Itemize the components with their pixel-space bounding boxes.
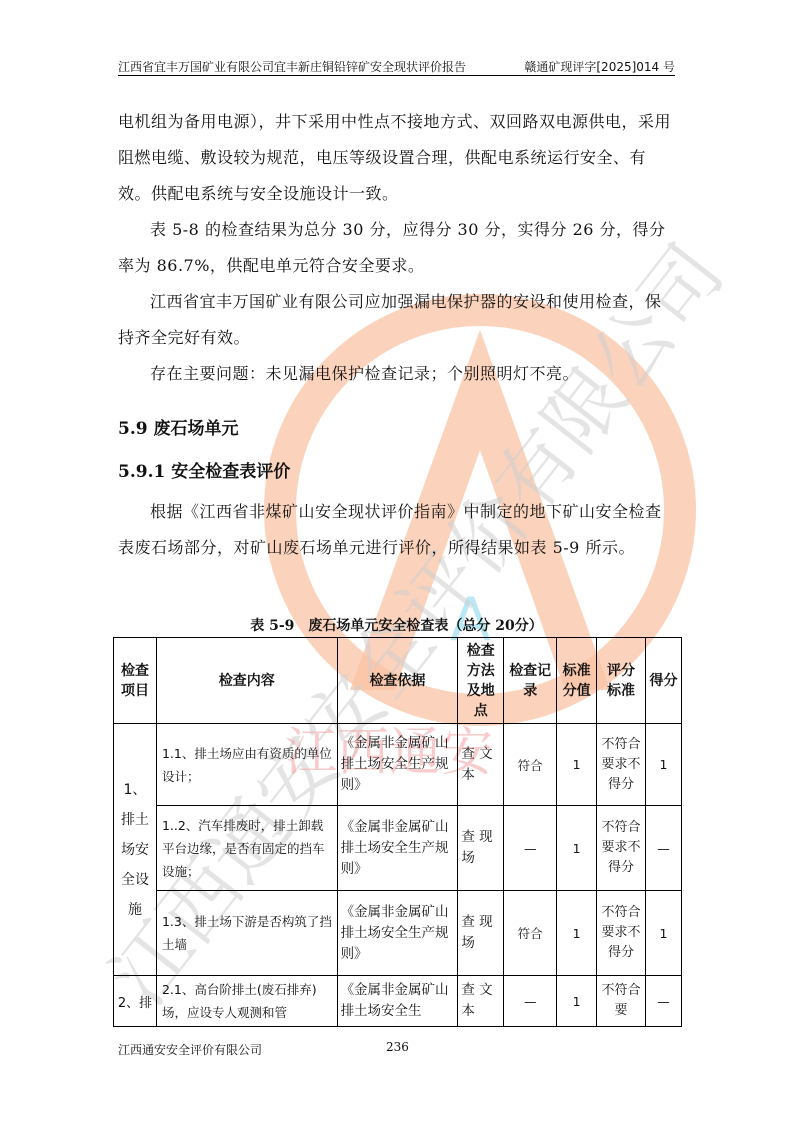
cell-criteria: 不符合要求不得分 [597,891,646,976]
paragraph-recommendation: 江西省宜丰万国矿业有限公司应加强漏电保护器的安设和使用检查，保持齐全完好有效。 [118,284,674,356]
report-title: 江西省宜丰万国矿业有限公司宜丰新庄铜铅锌矿安全现状评价报告 [118,58,466,75]
cell-criteria: 不符合要求不得分 [597,724,646,806]
cell-content: 1.1、排土场应由有资质的单位设计； [156,724,337,806]
section-intro: 根据《江西省非煤矿山安全现状评价指南》中制定的地下矿山安全检查表废石场部分，对矿… [118,494,674,566]
table-row: 1.3、排土场下游是否构筑了挡土墙 《金属非金属矿山排土场安全生产规则》 查 现… [114,891,682,976]
header-criteria: 评分标准 [597,638,646,724]
group-item-1: 1、排土场安全设施 [114,724,157,976]
table-row: 1..2、汽车排废时，排土卸载平台边缘，是否有固定的挡车设施； 《金属非金属矿山… [114,806,682,891]
cell-record: — [504,806,557,891]
subsection-heading: 5.9.1 安全检查表评价 [118,457,290,482]
cell-method: 查 现场 [458,806,504,891]
document-number: 赣通矿现评字[2025]014 号 [524,58,675,75]
body-paragraphs: 电机组为备用电源），井下采用中性点不接地方式、双回路双电源供电，采用阻燃电缆、敷… [118,104,674,392]
header-basis: 检查依据 [337,638,458,724]
cell-record: 符合 [504,724,557,806]
cell-basis: 《金属非金属矿山排土场安全生产规则》 [337,806,458,891]
cell-basis: 《金属非金属矿山排土场安全生产规则》 [337,724,458,806]
header-method: 检查方法及地点 [458,638,504,724]
header-content: 检查内容 [156,638,337,724]
cell-content: 2.1、高台阶排土(废石排弃)场，应设专人观测和管 [156,976,337,1027]
header-standard-score: 标准分值 [557,638,597,724]
cell-score: — [645,806,681,891]
cell-score: 1 [645,724,681,806]
cell-record: 符合 [504,891,557,976]
cell-basis: 《金属非金属矿山排土场安全生 [337,976,458,1027]
header-item: 检查项目 [114,638,157,724]
paragraph-intro: 根据《江西省非煤矿山安全现状评价指南》中制定的地下矿山安全检查表废石场部分，对矿… [118,494,674,566]
cell-basis: 《金属非金属矿山排土场安全生产规则》 [337,891,458,976]
cell-standard: 1 [557,806,597,891]
cell-score: 1 [645,891,681,976]
cell-standard: 1 [557,724,597,806]
table-row: 1、排土场安全设施 1.1、排土场应由有资质的单位设计； 《金属非金属矿山排土场… [114,724,682,806]
safety-checklist-table: 检查项目 检查内容 检查依据 检查方法及地点 检查记录 标准分值 评分标准 得分… [113,637,682,1027]
paragraph-score-result: 表 5-8 的检查结果为总分 30 分，应得分 30 分，实得分 26 分，得分… [118,212,674,284]
table-header-row: 检查项目 检查内容 检查依据 检查方法及地点 检查记录 标准分值 评分标准 得分 [114,638,682,724]
section-heading: 5.9 废石场单元 [118,414,239,439]
cell-criteria: 不符合要 [597,976,646,1027]
cell-method: 查 文本 [458,976,504,1027]
cell-content: 1..2、汽车排废时，排土卸载平台边缘，是否有固定的挡车设施； [156,806,337,891]
cell-record: — [504,976,557,1027]
page-number: 236 [386,1040,409,1054]
cell-method: 查 现场 [458,891,504,976]
table-row: 2、排 2.1、高台阶排土(废石排弃)场，应设专人观测和管 《金属非金属矿山排土… [114,976,682,1027]
cell-method: 查 文本 [458,724,504,806]
header-score: 得分 [645,638,681,724]
cell-score: — [645,976,681,1027]
footer-company: 江西通安安全评价有限公司 [118,1041,262,1058]
cell-standard: 1 [557,891,597,976]
cell-standard: 1 [557,976,597,1027]
page-header: 江西省宜丰万国矿业有限公司宜丰新庄铜铅锌矿安全现状评价报告 赣通矿现评字[202… [118,57,675,76]
cell-content: 1.3、排土场下游是否构筑了挡土墙 [156,891,337,976]
document-page: A 江西通安安全评价有限公司 江西通安 江西省宜丰万国矿业有限公司宜丰新庄铜铅锌… [0,0,793,1122]
header-record: 检查记录 [504,638,557,724]
table-caption: 表 5-9 废石场单元安全检查表（总分 20分） [0,615,793,635]
cell-criteria: 不符合要求不得分 [597,806,646,891]
paragraph-power-supply: 电机组为备用电源），井下采用中性点不接地方式、双回路双电源供电，采用阻燃电缆、敷… [118,104,674,212]
paragraph-main-issues: 存在主要问题：未见漏电保护检查记录；个别照明灯不亮。 [118,356,674,392]
group-item-2: 2、排 [114,976,157,1027]
